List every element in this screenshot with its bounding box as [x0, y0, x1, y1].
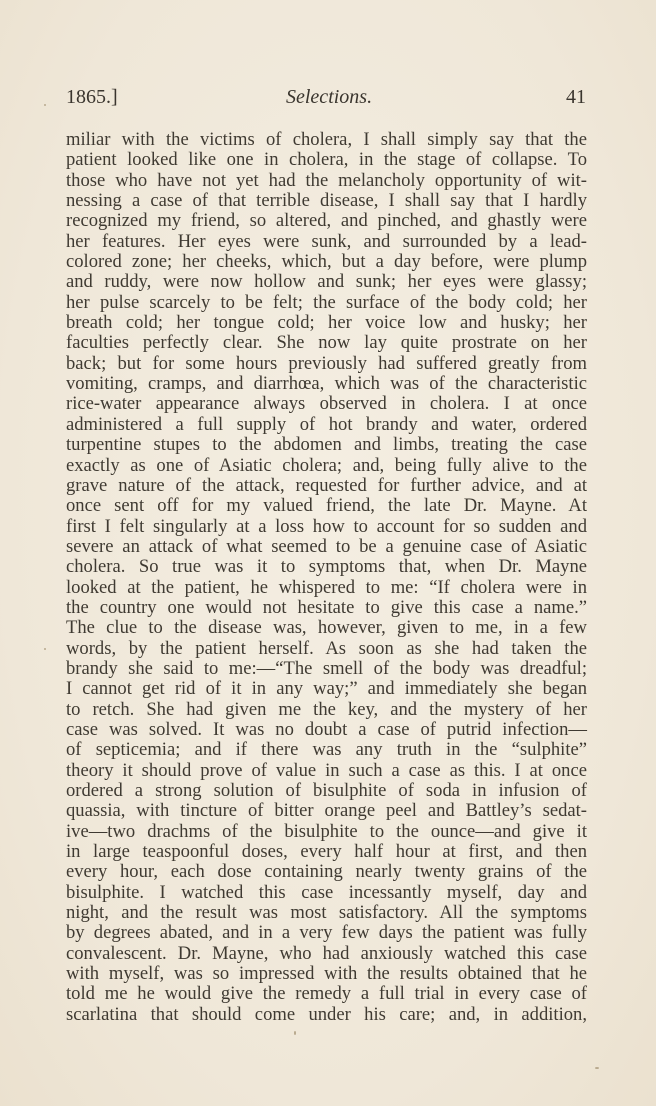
text-line: with myself, was so impressed with the r…	[66, 964, 587, 984]
text-line: nessing a case of that terrible disease,…	[66, 191, 587, 211]
header-year: 1865.]	[66, 86, 118, 109]
text-line: I cannot get rid of it in any way;” and …	[66, 679, 587, 699]
text-line: rice-water appearance always observed in…	[66, 394, 587, 414]
text-line: theory it should prove of value in such …	[66, 761, 587, 781]
text-line: exactly as one of Asiatic cholera; and, …	[66, 456, 587, 476]
header-section-title: Selections.	[286, 86, 372, 109]
paper-speck	[595, 1067, 599, 1069]
text-line: the country one would not hesitate to gi…	[66, 598, 587, 618]
text-line: and ruddy, were now hollow and sunk; her…	[66, 272, 587, 292]
text-line: every hour, each dose containing nearly …	[66, 862, 587, 882]
text-line: ive—two drachms of the bisulphite to the…	[66, 822, 587, 842]
text-line: her features. Her eyes were sunk, and su…	[66, 232, 587, 252]
running-header: 1865.] Selections. 41	[66, 86, 586, 112]
text-line: colored zone; her cheeks, which, but a d…	[66, 252, 587, 272]
text-line: convalescent. Dr. Mayne, who had anxious…	[66, 944, 587, 964]
text-line: told me he would give the remedy a full …	[66, 984, 587, 1004]
text-line: cholera. So true was it to symptoms that…	[66, 557, 587, 577]
text-line: back; but for some hours previously had …	[66, 354, 587, 374]
text-line: brandy she said to me:—“The smell of the…	[66, 659, 587, 679]
text-line: first I felt singularly at a loss how to…	[66, 517, 587, 537]
book-page: 1865.] Selections. 41 miliar with the vi…	[0, 0, 656, 1106]
text-line: words, by the patient herself. As soon a…	[66, 639, 587, 659]
text-line: grave nature of the attack, requested fo…	[66, 476, 587, 496]
text-line: administered a full supply of hot brandy…	[66, 415, 587, 435]
text-line: to retch. She had given me the key, and …	[66, 700, 587, 720]
text-line: once sent off for my valued friend, the …	[66, 496, 587, 516]
text-line: night, and the result was most satisfact…	[66, 903, 587, 923]
text-line: turpentine stupes to the abdomen and lim…	[66, 435, 587, 455]
text-line: breath cold; her tongue cold; her voice …	[66, 313, 587, 333]
paper-speck	[44, 648, 46, 650]
text-line: scarlatina that should come under his ca…	[66, 1005, 587, 1025]
text-line: of septicemia; and if there was any trut…	[66, 740, 587, 760]
text-line: patient looked like one in cholera, in t…	[66, 150, 587, 170]
text-line: vomiting, cramps, and diarrhœa, which wa…	[66, 374, 587, 394]
text-line: miliar with the victims of cholera, I sh…	[66, 130, 587, 150]
text-line: severe an attack of what seemed to be a …	[66, 537, 587, 557]
text-line: by degrees abated, and in a very few day…	[66, 923, 587, 943]
paper-speck	[44, 104, 46, 106]
text-line: faculties perfectly clear. She now lay q…	[66, 333, 587, 353]
text-line: The clue to the disease was, however, gi…	[66, 618, 587, 638]
text-line: those who have not yet had the melanchol…	[66, 171, 587, 191]
text-line: in large teaspoonful doses, every half h…	[66, 842, 587, 862]
text-line: looked at the patient, he whispered to m…	[66, 578, 587, 598]
text-line: quassia, with tincture of bitter orange …	[66, 801, 587, 821]
body-text: miliar with the victims of cholera, I sh…	[66, 130, 587, 1025]
page-number: 41	[566, 86, 586, 109]
text-line: her pulse scarcely to be felt; the surfa…	[66, 293, 587, 313]
text-line: recognized my friend, so altered, and pi…	[66, 211, 587, 231]
text-line: ordered a strong solution of bisulphite …	[66, 781, 587, 801]
paper-speck	[294, 1031, 296, 1035]
text-line: bisulphite. I watched this case incessan…	[66, 883, 587, 903]
text-line: case was solved. It was no doubt a case …	[66, 720, 587, 740]
